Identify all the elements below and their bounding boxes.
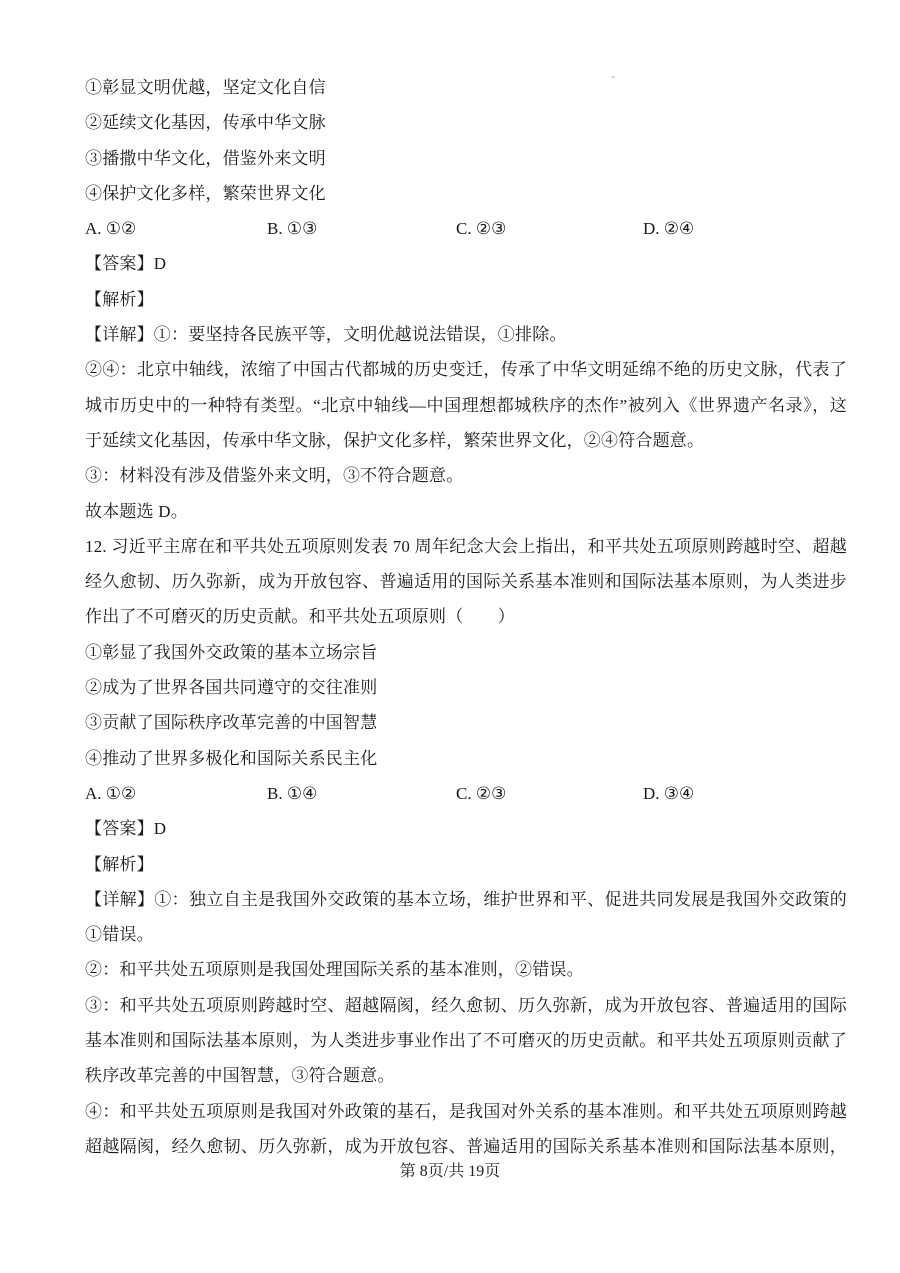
q12-statement-1: ①彰显了我国外交政策的基本立场宗旨 [85,635,847,670]
q12-option-d: D. ③④ [643,776,694,811]
q11-statement-1: ①彰显文明优越，坚定文化自信 [85,70,847,105]
q11-options-row: A. ①② B. ①③ C. ②③ D. ②④ [85,211,847,246]
q11-detail-line-1: 【详解】①：要坚持各民族平等，文明优越说法错误，①排除。 [85,317,847,352]
q11-option-c: C. ②③ [456,211,506,246]
q11-detail-line-4: 于延续文化基因，传承中华文脉，保护文化多样，繁荣世界文化，②④符合题意。 [85,423,847,458]
q12-options-row: A. ①② B. ①④ C. ②③ D. ③④ [85,776,847,811]
q12-stem-line-1: 12. 习近平主席在和平共处五项原则发表 70 周年纪念大会上指出，和平共处五项… [85,529,847,564]
q11-option-b: B. ①③ [267,211,317,246]
q11-answer-label: 【答案】D [85,246,847,281]
q12-detail-line-7: ④：和平共处五项原则是我国对外政策的基石，是我国对外关系的基本准则。和平共处五项… [85,1094,847,1129]
q12-option-c: C. ②③ [456,776,506,811]
q12-option-a: A. ①② [85,776,136,811]
q12-option-b: B. ①④ [267,776,317,811]
q12-detail-line-1: 【详解】①：独立自主是我国外交政策的基本立场，维护世界和平、促进共同发展是我国外… [85,882,847,917]
q12-statement-3: ③贡献了国际秩序改革完善的中国智慧 [85,705,847,740]
q11-option-d: D. ②④ [643,211,694,246]
q11-detail-line-5: ③：材料没有涉及借鉴外来文明，③不符合题意。 [85,458,847,493]
q11-analysis-label: 【解析】 [85,282,847,317]
q12-detail-line-3: ②：和平共处五项原则是我国处理国际关系的基本准则，②错误。 [85,952,847,987]
q12-statement-4: ④推动了世界多极化和国际关系民主化 [85,741,847,776]
q12-stem-line-2: 经久愈韧、历久弥新，成为开放包容、普遍适用的国际关系基本准则和国际法基本原则，为… [85,564,847,599]
page-content: ①彰显文明优越，坚定文化自信 ②延续文化基因，传承中华文脉 ③播撒中华文化，借鉴… [85,70,847,1164]
q12-detail-line-4: ③：和平共处五项原则跨越时空、超越隔阂，经久愈韧、历久弥新，成为开放包容、普遍适… [85,988,847,1023]
q12-detail-line-2: ①错误。 [85,917,847,952]
q12-analysis-label: 【解析】 [85,847,847,882]
q11-detail-line-2: ②④：北京中轴线，浓缩了中国古代都城的历史变迁，传承了中华文明延绵不绝的历史文脉… [85,352,847,387]
q11-statement-3: ③播撒中华文化，借鉴外来文明 [85,141,847,176]
page-number-indicator: 第 8页/共 19页 [0,1158,900,1186]
q12-detail-line-6: 秩序改革完善的中国智慧，③符合题意。 [85,1058,847,1093]
q11-conclusion: 故本题选 D。 [85,494,847,529]
q11-detail-line-3: 城市历史中的一种特有类型。“北京中轴线—中国理想都城秩序的杰作”被列入《世界遗产… [85,388,847,423]
q11-option-a: A. ①② [85,211,136,246]
q11-statement-2: ②延续文化基因，传承中华文脉 [85,105,847,140]
q12-detail-line-5: 基本准则和国际法基本原则，为人类进步事业作出了不可磨灭的历史贡献。和平共处五项原… [85,1023,847,1058]
document-page: ①彰显文明优越，坚定文化自信 ②延续文化基因，传承中华文脉 ③播撒中华文化，借鉴… [0,0,900,1273]
q12-statement-2: ②成为了世界各国共同遵守的交往准则 [85,670,847,705]
q11-statement-4: ④保护文化多样，繁荣世界文化 [85,176,847,211]
q12-answer-label: 【答案】D [85,811,847,846]
q12-stem-line-3: 作出了不可磨灭的历史贡献。和平共处五项原则（ ） [85,599,847,634]
